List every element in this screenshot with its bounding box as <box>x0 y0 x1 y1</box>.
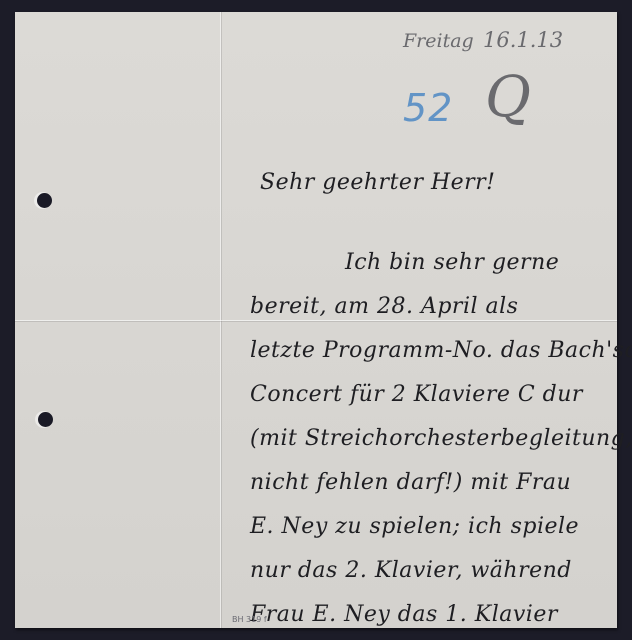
body-line-6: nicht fehlen darf!) mit Frau <box>250 470 571 495</box>
body-line-5: (mit Streichorchesterbegleitung, die <box>250 426 632 451</box>
archive-number: 52 <box>403 86 453 130</box>
body-line-7: E. Ney zu spielen; ich spiele <box>250 514 579 539</box>
pencil-date: 16.1.13 <box>483 28 563 52</box>
salutation: Sehr geehrter Herr! <box>260 170 496 195</box>
body-line-1: Ich bin sehr gerne <box>345 250 559 275</box>
pencil-header-word: Freitag <box>403 30 474 52</box>
body-line-8: nur das 2. Klavier, während <box>250 558 572 583</box>
body-line-4: Concert für 2 Klaviere C dur <box>250 382 583 407</box>
body-line-9: Frau E. Ney das 1. Klavier <box>250 602 558 627</box>
letter-paper: Freitag 16.1.13 52 Q Sehr geehrter Herr!… <box>15 12 617 628</box>
punch-hole-top <box>37 193 52 208</box>
body-line-2: bereit, am 28. April als <box>250 294 518 319</box>
horizontal-fold-line <box>15 320 617 321</box>
punch-hole-bottom <box>38 412 53 427</box>
body-line-3: letzte Programm-No. das Bach'sche <box>250 338 632 363</box>
pencil-circle-mark: Q <box>485 70 531 126</box>
catalog-label: BH 319 f <box>232 615 267 624</box>
